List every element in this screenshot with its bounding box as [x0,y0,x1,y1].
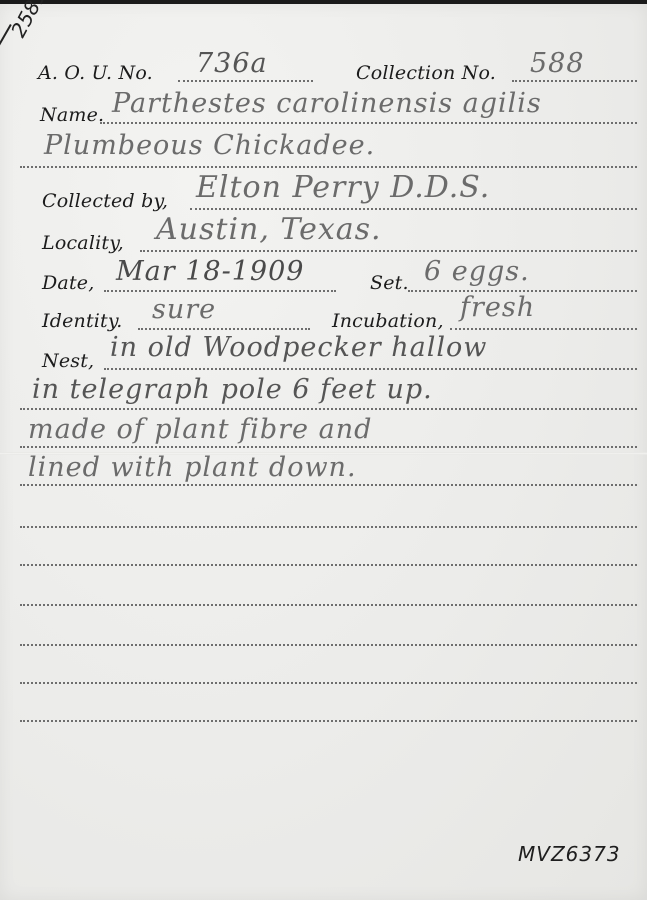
name-rule-2 [20,166,637,168]
aou-no-rule [178,80,313,82]
nest-rule-2 [20,408,637,410]
locality-rule [140,250,637,252]
nest-line-3: made of plant fibre and [28,414,372,445]
incubation-label: Incubation, [332,310,444,332]
blank-rule [20,564,637,566]
identity-value: sure [152,294,216,325]
set-value: 6 eggs. [424,256,530,287]
locality-label: Locality, [42,232,124,254]
nest-rule-1 [104,368,637,370]
catalog-number: MVZ6373 [518,842,621,866]
date-label: Date, [42,272,94,294]
blank-rule [20,720,637,722]
blank-rule [20,644,637,646]
collected-by-value: Elton Perry D.D.S. [196,170,490,205]
name-label: Name. [40,104,104,126]
corner-slash-mark [0,24,12,98]
incubation-rule [450,328,637,330]
nest-line-2: in telegraph pole 6 feet up. [32,374,433,405]
locality-value: Austin, Texas. [156,212,382,247]
nest-rule-4 [20,484,637,486]
name-value-scientific: Parthestes carolinensis agilis [112,88,542,119]
collected-by-rule [190,208,637,210]
collection-no-rule [512,80,637,82]
aou-no-label: A. O. U. No. [38,62,153,84]
name-rule-1 [100,122,637,124]
name-value-common: Plumbeous Chickadee. [44,130,375,161]
identity-rule [138,328,310,330]
blank-rule [20,682,637,684]
nest-rule-3 [20,446,637,448]
date-rule [104,290,336,292]
nest-line-1: in old Woodpecker hallow [110,332,487,363]
corner-number: 2581 [6,0,51,41]
blank-rule [20,604,637,606]
collection-no-value: 588 [530,48,585,79]
aou-no-value: 736a [196,48,268,79]
set-label: Set. [370,272,409,294]
collected-by-label: Collected by, [42,190,168,212]
nest-label: Nest, [42,350,94,372]
identity-label: Identity. [42,310,123,332]
collection-no-label: Collection No. [356,62,496,84]
incubation-value: fresh [460,292,535,323]
specimen-record-card: 2581 A. O. U. No. 736a Collection No. 58… [0,4,647,900]
date-value: Mar 18-1909 [116,256,304,287]
nest-line-4: lined with plant down. [28,452,357,483]
blank-rule [20,526,637,528]
